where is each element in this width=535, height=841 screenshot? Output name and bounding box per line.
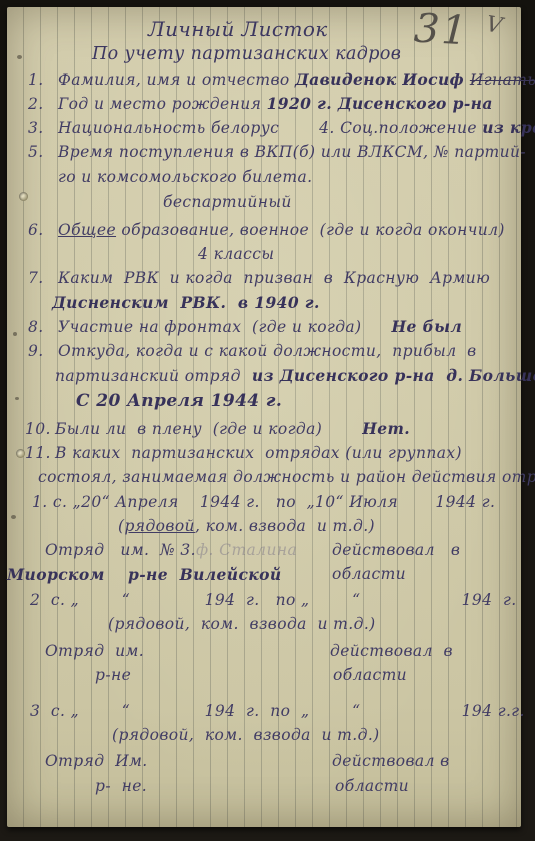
ink-speck (17, 55, 22, 59)
record3-oblast: области (335, 778, 409, 795)
q9-answer: из Дисенского р-на д. Большова добров. (246, 366, 535, 385)
doc-title-line2: По учету партизанских кадров (92, 45, 401, 64)
doc-title-line1: Личный Листок (148, 18, 328, 40)
record3-period: 3 с. „ “ 194 г. по „ “ 194 г.г. (30, 703, 525, 720)
field-q1: 1.Фамилия, имя и отчество Давиденок Иоси… (28, 71, 535, 89)
record1-district: Миорском р-не Вилейской (7, 566, 282, 583)
q6-number: 6. (28, 222, 58, 239)
punch-hole (19, 192, 28, 201)
record2-period: 2 с. „ “ 194 г. по „ “ 194 г. (30, 592, 517, 609)
field-q7: 7.Каким РВК и когда призван в Красную Ар… (28, 270, 490, 287)
q11-label1: В каких партизанских отрядах (или группа… (55, 444, 462, 462)
record2-rank-note: (рядовой, ком. взвода и т.д.) (108, 616, 376, 633)
q2-number: 2. (28, 96, 58, 113)
q4-number: 4. (319, 119, 335, 137)
q2-label: Год и место рождения (58, 95, 267, 113)
document-scan: Личный Листок По учету партизанских кадр… (0, 0, 535, 841)
q8-answer: Не был (392, 317, 463, 336)
q5-answer: беспартийный (163, 194, 292, 211)
record1-acted: действовал в (332, 542, 460, 559)
record1-period: 1. с. „20“ Апреля 1944 г. по „10“ Июля 1… (32, 494, 495, 511)
record2-district: р-не (95, 667, 131, 684)
record3-acted: действовал в (332, 753, 450, 770)
q4-label: Соц.положение (340, 119, 482, 137)
field-q2: 2.Год и место рождения 1920 г. Дисенског… (28, 95, 493, 113)
q7-number: 7. (28, 270, 58, 287)
q3-label: Национальность (58, 119, 211, 137)
field-q9-line1: 9.Откуда, когда и с какой должности, при… (28, 343, 477, 360)
q9-number: 9. (28, 343, 58, 360)
ink-speck (11, 515, 16, 519)
q10-label: Были ли в плену (где и когда) (55, 420, 322, 438)
rank-rest: , ком. взвода и т.д.) (195, 517, 375, 535)
field-q11-line2: состоял, занимаемая должность и район де… (38, 469, 535, 486)
record3-district: р- не. (95, 778, 147, 795)
record1-oblast: области (332, 566, 406, 583)
q1-value-struck: Игнатьевич (470, 71, 535, 89)
rank-underlined: рядовой (124, 517, 194, 535)
q8-label: Участие на фронтах (где и когда) (58, 318, 362, 336)
record1-unit-faint: ф. Сталина (196, 541, 297, 559)
q2-value: 1920 г. Дисенского р-на (267, 94, 493, 113)
record3-rank-note: (рядовой, ком. взвода и т.д.) (112, 727, 380, 744)
q6-label-rest: образование, военное (где и когда окончи… (116, 221, 505, 239)
q10-number: 10. (25, 421, 55, 438)
q5-number: 5. (28, 144, 58, 161)
ink-speck (15, 397, 19, 400)
record3-unit: Отряд Им. (45, 753, 148, 770)
q4-value: из крестьян (482, 118, 535, 137)
field-q5-line1: 5.Время поступления в ВКП(б) или ВЛКСМ, … (28, 144, 526, 161)
q7-answer: Дисненским РВК. в 1940 г. (52, 294, 320, 311)
record2-oblast: области (333, 667, 407, 684)
q8-number: 8. (28, 319, 58, 336)
q9-answer-date: С 20 Апреля 1944 г. (76, 392, 282, 411)
record2-acted: действовал в (330, 643, 453, 660)
record1-unit: Отряд им. № 3.ф. Сталина (45, 542, 297, 559)
record1-unit-label: Отряд им. № 3. (45, 541, 196, 559)
q6-label-underlined: Общее (58, 221, 116, 239)
q6-answer: 4 классы (198, 246, 274, 263)
ink-speck (13, 332, 17, 336)
q1-label: Фамилия, имя и отчество (58, 71, 295, 89)
field-q8: 8.Участие на фронтах (где и когда)Не был (28, 318, 462, 336)
q3-number: 3. (28, 120, 58, 137)
record2-unit: Отряд им. (45, 643, 144, 660)
punch-hole (16, 449, 25, 458)
field-q9-line2: партизанский отряд из Дисенского р-на д.… (55, 367, 535, 385)
q11-number: 11. (25, 445, 55, 462)
field-q6: 6.Общее образование, военное (где и когд… (28, 222, 505, 239)
q7-label: Каким РВК и когда призван в Красную Арми… (58, 269, 490, 287)
q1-number: 1. (28, 72, 58, 89)
field-q5-line2: го и комсомольского билета. (58, 169, 312, 186)
field-q3-q4: 3.Национальность белорус4. Соц.положение… (28, 119, 535, 137)
record1-rank-note: (рядовой, ком. взвода и т.д.) (118, 518, 375, 535)
field-q11-line1: 11.В каких партизанских отрядах (или гру… (25, 445, 462, 462)
q10-answer: Нет. (362, 419, 410, 438)
q3-value: белорус (211, 119, 279, 137)
q9-label1: Откуда, когда и с какой должности, прибы… (58, 342, 477, 360)
q1-value: Давиденок Иосиф (295, 70, 470, 89)
q9-label2: партизанский отряд (55, 367, 246, 385)
field-q10: 10.Были ли в плену (где и когда)Нет. (25, 420, 410, 438)
archive-page-mark: 31 (413, 7, 470, 54)
q5-label1: Время поступления в ВКП(б) или ВЛКСМ, № … (58, 143, 526, 161)
